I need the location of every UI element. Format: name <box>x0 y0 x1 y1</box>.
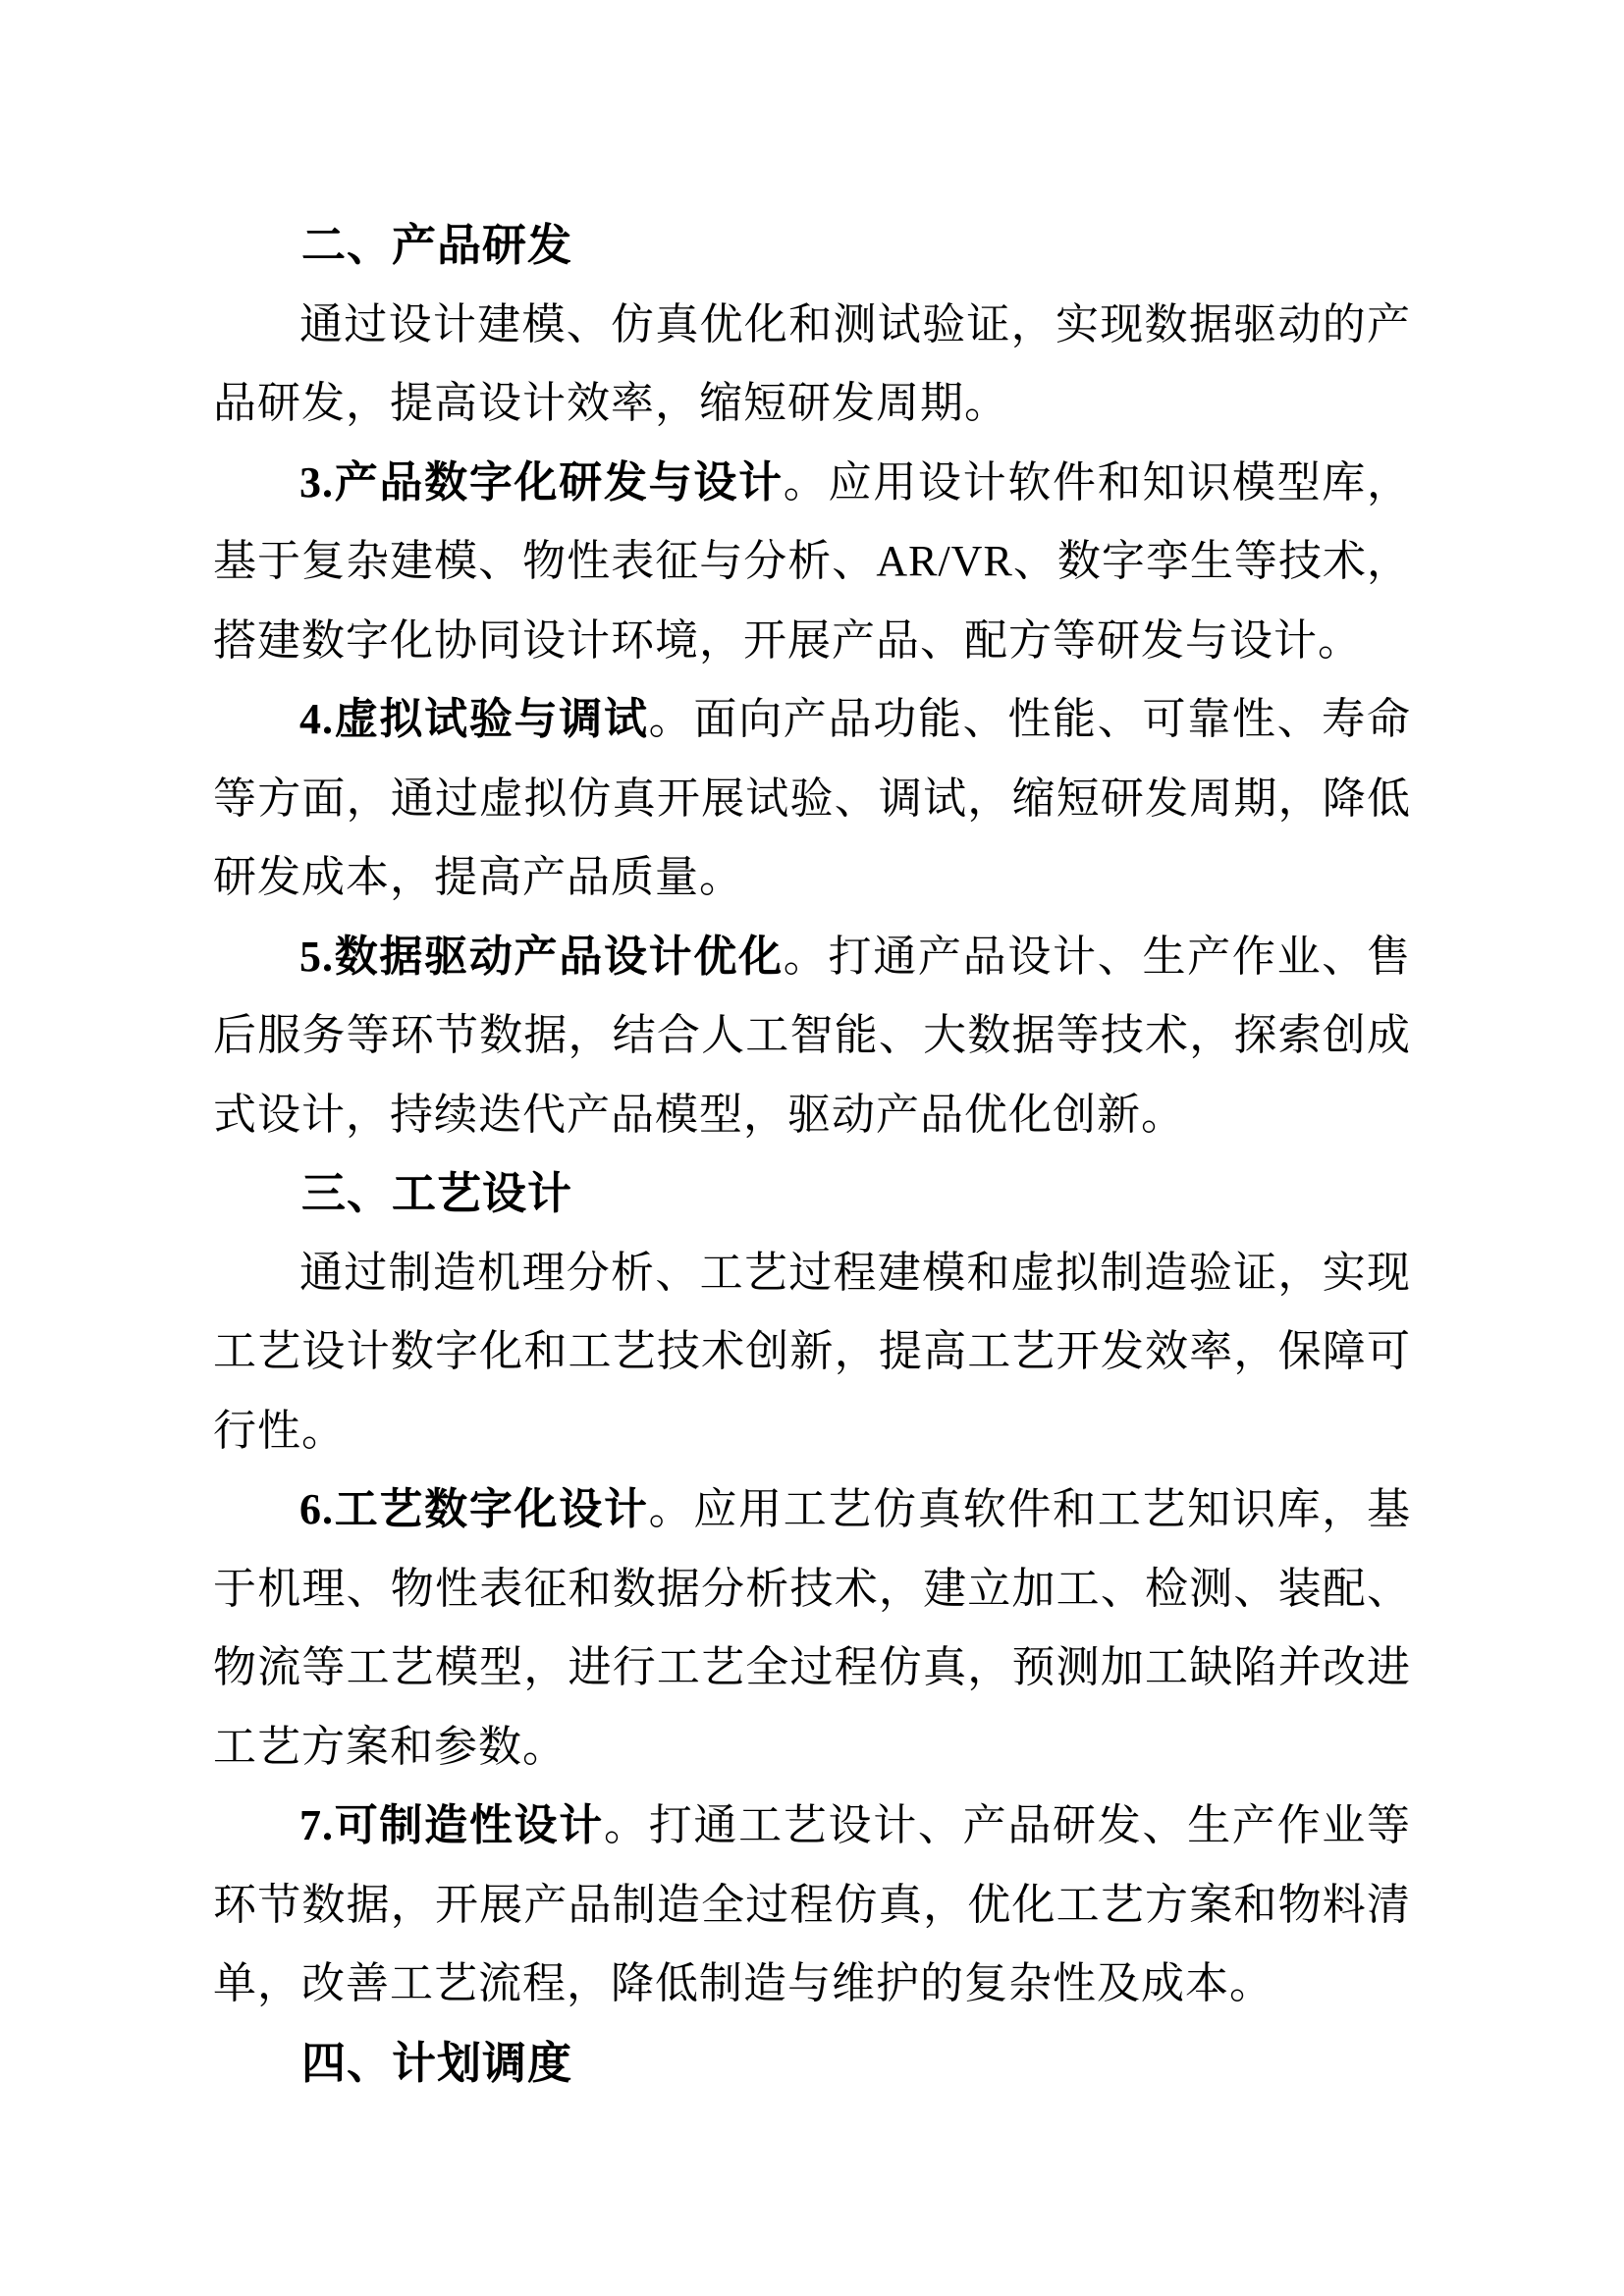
item-lead-title: 5.数据驱动产品设计优化 <box>299 933 784 981</box>
lead-period: 。 <box>604 1801 649 1849</box>
paragraph-process-design-intro: 通过制造机理分析、工艺过程建模和虚拟制造验证，实现工艺设计数字化和工艺技术创新，… <box>213 1234 1411 1471</box>
item-lead-title: 7.可制造性设计 <box>299 1801 604 1849</box>
paragraph-product-rd-intro: 通过设计建模、仿真优化和测试验证，实现数据驱动的产品研发，提高设计效率，缩短研发… <box>213 286 1411 444</box>
lead-period: 。 <box>784 933 829 981</box>
document-page: 二、产品研发 通过设计建模、仿真优化和测试验证，实现数据驱动的产品研发，提高设计… <box>0 0 1624 2296</box>
paragraph-text: 通过设计建模、仿真优化和测试验证，实现数据驱动的产品研发，提高设计效率，缩短研发… <box>213 300 1411 428</box>
section-title-product-rd: 二、产品研发 <box>213 206 1411 286</box>
lead-period: 。 <box>649 1485 694 1533</box>
paragraph-text: 通过制造机理分析、工艺过程建模和虚拟制造验证，实现工艺设计数字化和工艺技术创新，… <box>213 1249 1411 1455</box>
paragraph-item-5: 5.数据驱动产品设计优化。打通产品设计、生产作业、售后服务等环节数据，结合人工智… <box>213 918 1411 1155</box>
document-body: 二、产品研发 通过设计建模、仿真优化和测试验证，实现数据驱动的产品研发，提高设计… <box>213 206 1411 2103</box>
paragraph-item-3: 3.产品数字化研发与设计。应用设计软件和知识模型库，基于复杂建模、物性表征与分析… <box>213 444 1411 681</box>
lead-period: 。 <box>784 458 829 507</box>
item-lead-title: 3.产品数字化研发与设计 <box>299 458 784 507</box>
section-title-plan-scheduling: 四、计划调度 <box>213 2024 1411 2104</box>
paragraph-item-4: 4.虚拟试验与调试。面向产品功能、性能、可靠性、寿命等方面，通过虚拟仿真开展试验… <box>213 680 1411 918</box>
lead-period: 。 <box>649 695 694 743</box>
item-lead-title: 4.虚拟试验与调试 <box>299 695 649 743</box>
paragraph-item-6: 6.工艺数字化设计。应用工艺仿真软件和工艺知识库，基于机理、物性表征和数据分析技… <box>213 1470 1411 1787</box>
paragraph-item-7: 7.可制造性设计。打通工艺设计、产品研发、生产作业等环节数据，开展产品制造全过程… <box>213 1787 1411 2024</box>
item-lead-title: 6.工艺数字化设计 <box>299 1485 649 1533</box>
section-title-process-design: 三、工艺设计 <box>213 1154 1411 1234</box>
